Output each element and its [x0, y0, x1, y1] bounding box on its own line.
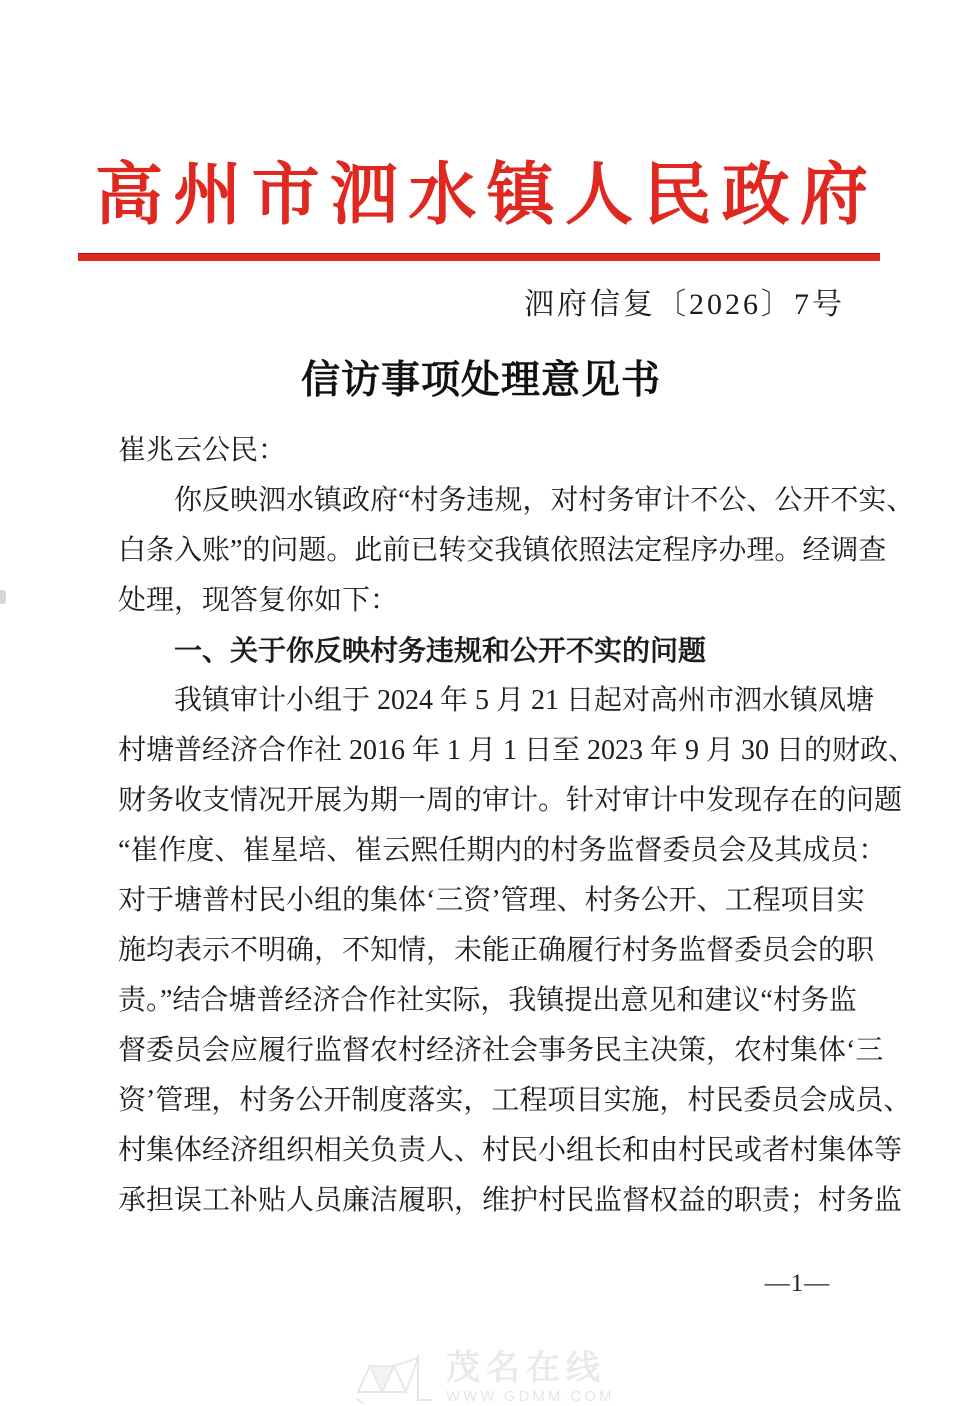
scan-artifact-speck [0, 590, 6, 604]
body-line: 资’管理，村务公开制度落实，工程项目实施，村民委员会成员、 [118, 1076, 846, 1126]
body-line: 村集体经济组织相关负责人、村民小组长和由村民或者村集体等 [118, 1126, 846, 1176]
body-line: 村塘普经济合作社 2016 年 1 月 1 日至 2023 年 9 月 30 日… [118, 726, 846, 776]
scanned-document-page: 高州市泗水镇人民政府 泗府信复〔2026〕7号 信访事项处理意见书 崔兆云公民：… [0, 0, 962, 1406]
watermark-texts: 茂名在线 WWW.GDMM.COM [446, 1351, 614, 1404]
body-line: 崔兆云公民： [118, 426, 846, 476]
document-reference-number: 泗府信复〔2026〕7号 [524, 288, 845, 321]
body-line: 一、关于你反映村务违规和公开不实的问题 [118, 626, 846, 676]
body-line: “崔作度、崔星培、崔云熙任期内的村务监督委员会及其成员： [118, 826, 846, 876]
body-line: 对于塘普村民小组的集体‘三资’管理、村务公开、工程项目实 [118, 876, 846, 926]
body-line: 施均表示不明确，不知情，未能正确履行村务监督委员会的职 [118, 926, 846, 976]
body-line: 责。”结合塘普经济合作社实际，我镇提出意见和建议“村务监 [118, 976, 846, 1026]
watermark-triangles-logo [356, 1348, 434, 1404]
body-line: 财务收支情况开展为期一周的审计。针对审计中发现存在的问题 [118, 776, 846, 826]
body-line: 你反映泗水镇政府“村务违规，对村务审计不公、公开不实、 [118, 476, 846, 526]
body-line: 白条入账”的问题。此前已转交我镇依照法定程序办理。经调查 [118, 526, 846, 576]
document-title: 信访事项处理意见书 [0, 349, 962, 405]
letterhead-red-rule [78, 253, 880, 261]
body-line: 督委员会应履行监督农村经济社会事务民主决策，农村集体‘三 [118, 1026, 846, 1076]
site-watermark: 茂名在线 WWW.GDMM.COM [356, 1348, 614, 1404]
watermark-site-name: 茂名在线 [446, 1351, 606, 1385]
page-number: —1— [755, 1270, 840, 1298]
document-body: 崔兆云公民：你反映泗水镇政府“村务违规，对村务审计不公、公开不实、白条入账”的问… [118, 426, 846, 1226]
body-line: 承担误工补贴人员廉洁履职，维护村民监督权益的职责；村务监 [118, 1176, 846, 1226]
body-line: 我镇审计小组于 2024 年 5 月 21 日起对高州市泗水镇凤塘 [118, 676, 846, 726]
letterhead-agency-name: 高州市泗水镇人民政府 [95, 156, 868, 234]
body-line: 处理，现答复你如下： [118, 576, 846, 626]
watermark-site-url: WWW.GDMM.COM [446, 1389, 614, 1404]
